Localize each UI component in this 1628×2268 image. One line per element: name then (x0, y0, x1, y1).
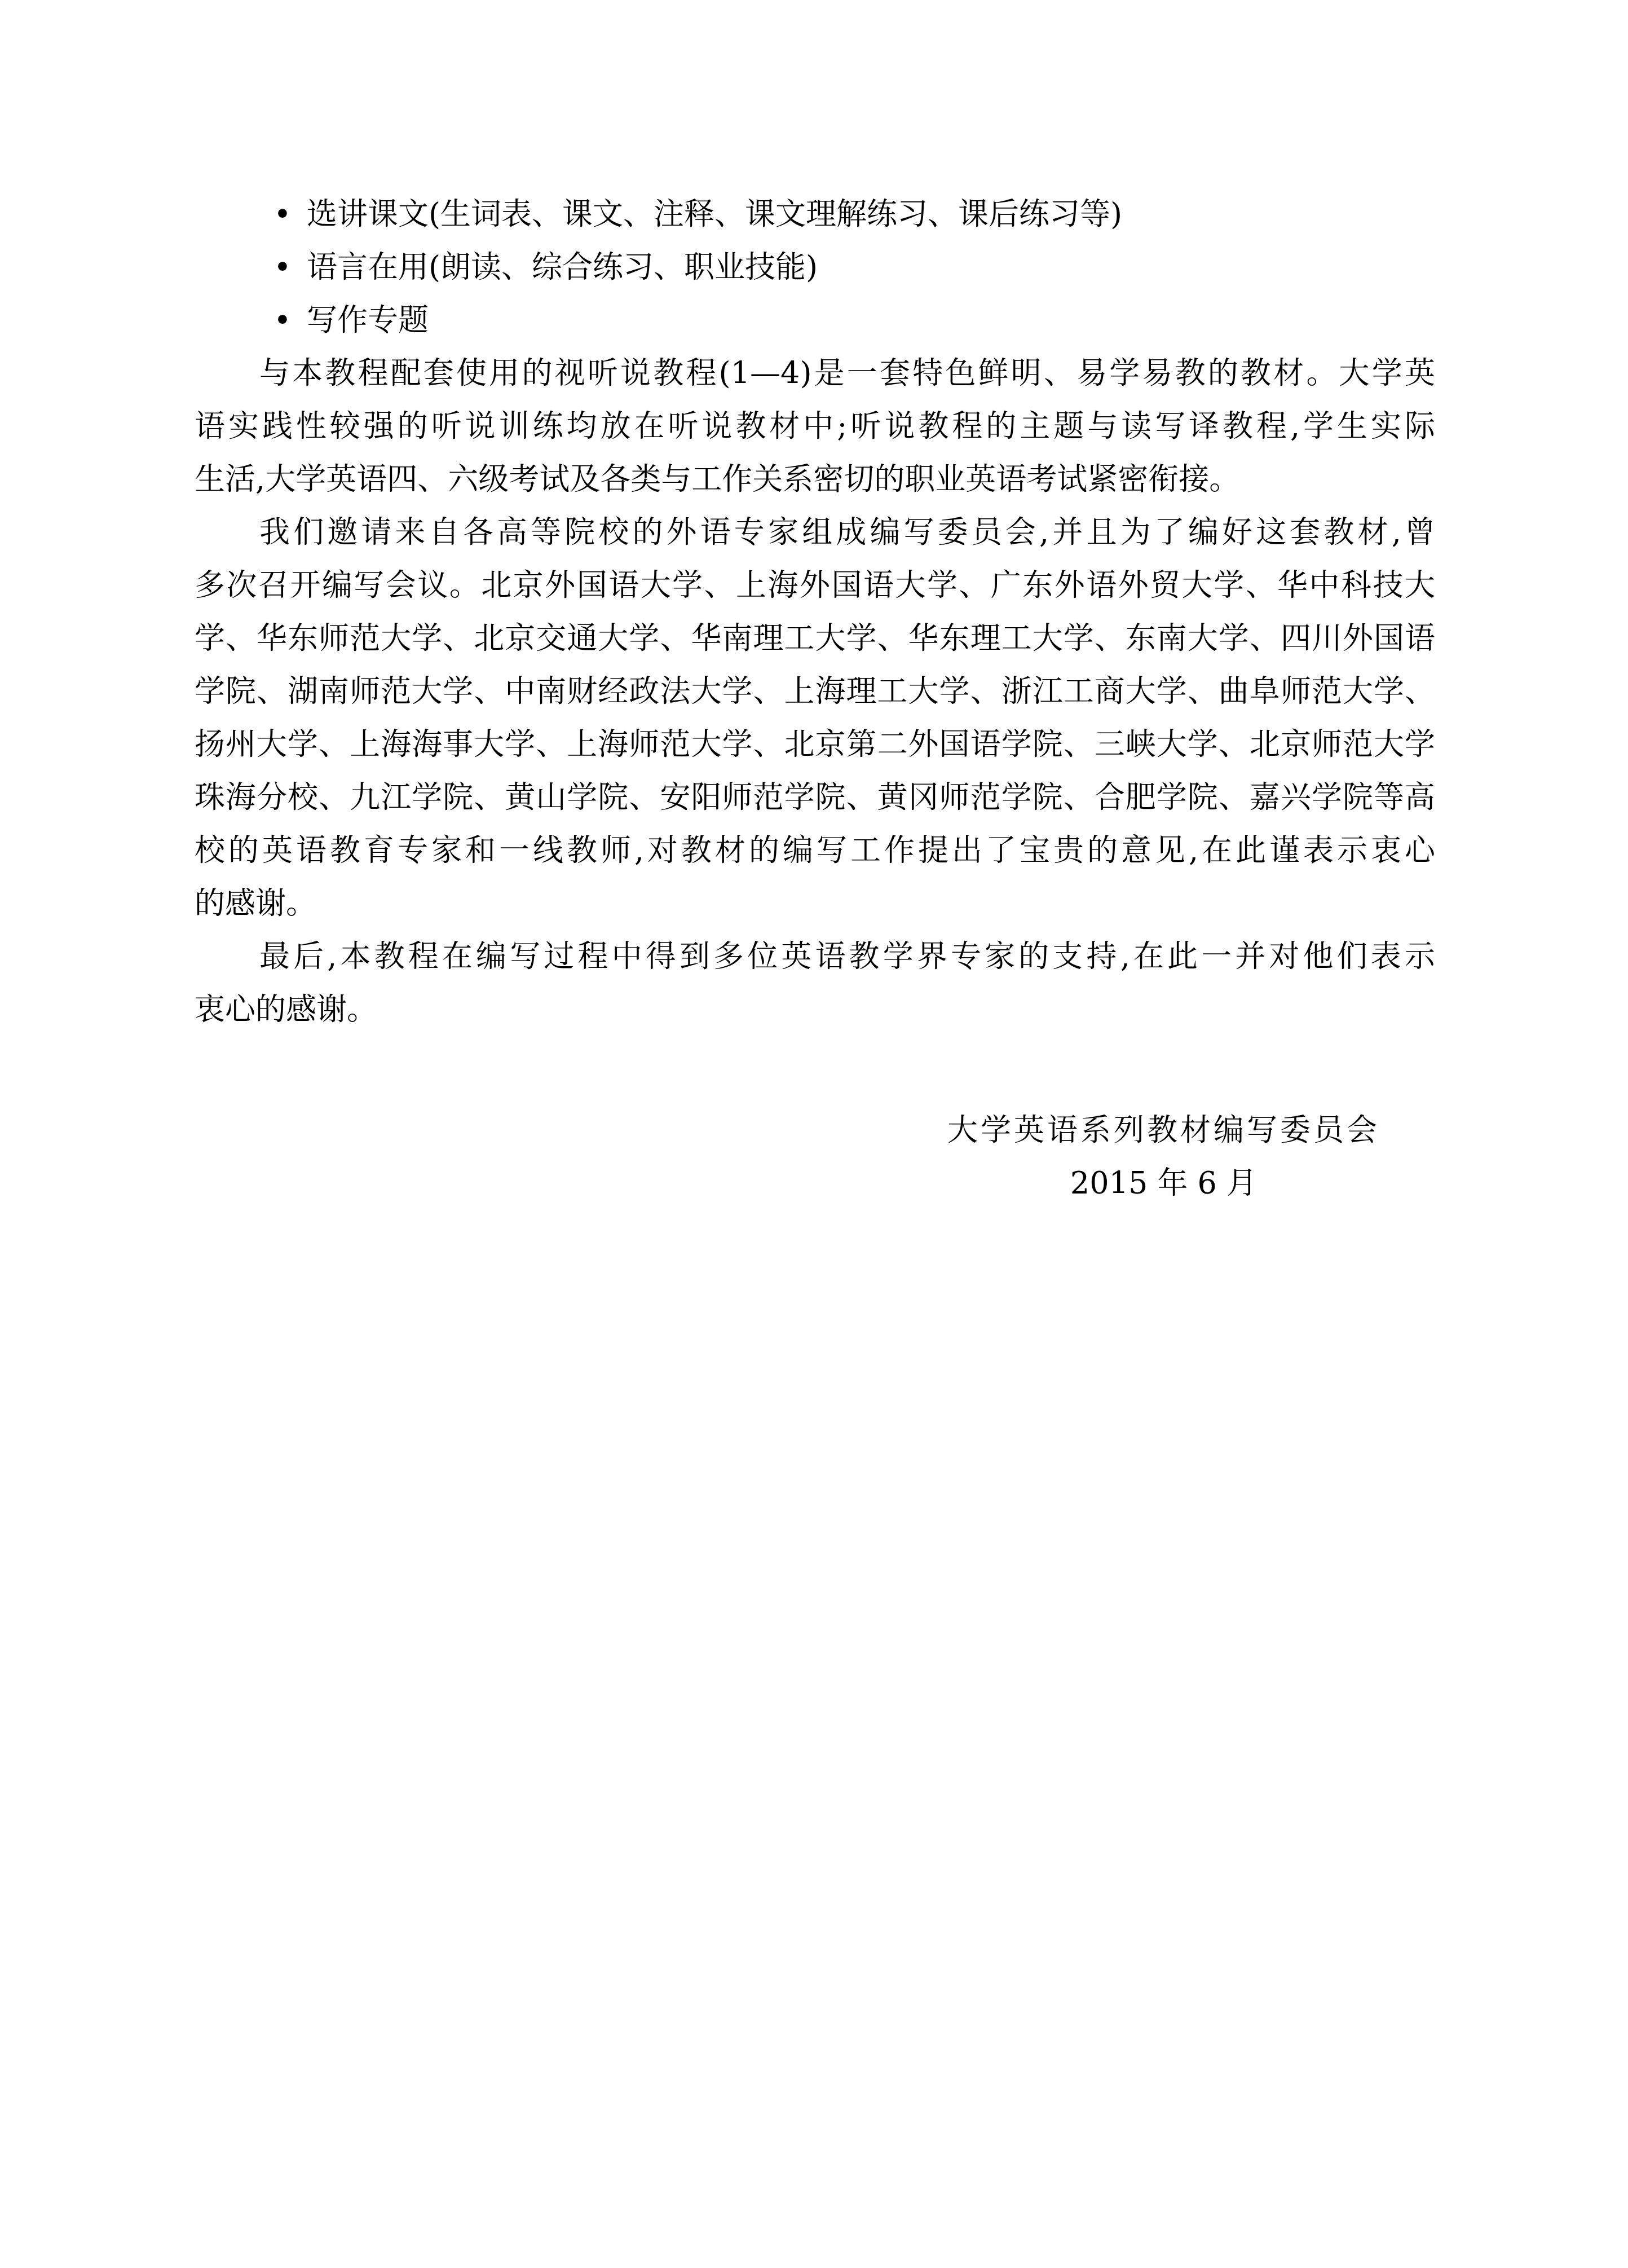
paragraph: 我们邀请来自各高等院校的外语专家组成编写委员会,并且为了编好这套教材,曾 多次召… (195, 506, 1435, 930)
text-line: 我们邀请来自各高等院校的外语专家组成编写委员会,并且为了编好这套教材,曾 (195, 506, 1435, 559)
bullet-text: 语言在用(朗读、综合练习、职业技能) (307, 249, 818, 285)
closing-block: 大学英语系列教材编写委员会 2015 年 6 月 (195, 1104, 1435, 1210)
text-line: 学、华东师范大学、北京交通大学、华南理工大学、华东理工大学、东南大学、四川外国语 (195, 612, 1435, 665)
text-line: 学院、湖南师范大学、中南财经政法大学、上海理工大学、浙江工商大学、曲阜师范大学、 (195, 665, 1435, 718)
text-line: 多次召开编写会议。北京外国语大学、上海外国语大学、广东外语外贸大学、华中科技大 (195, 559, 1435, 612)
bullet-item: • 语言在用(朗读、综合练习、职业技能) (195, 241, 1435, 294)
date: 2015 年 6 月 (947, 1157, 1380, 1210)
text-line: 珠海分校、九江学院、黄山学院、安阳师范学院、黄冈师范学院、合肥学院、嘉兴学院等高 (195, 771, 1435, 824)
preface-page-content: • 选讲课文(生词表、课文、注释、课文理解练习、课后练习等) • 语言在用(朗读… (195, 188, 1435, 1210)
paragraph: 最后,本教程在编写过程中得到多位英语教学界专家的支持,在此一并对他们表示 衷心的… (195, 930, 1435, 1036)
bullet-icon: • (273, 188, 292, 241)
bullet-icon: • (273, 294, 292, 347)
text-line: 语实践性较强的听说训练均放在听说教材中;听说教程的主题与读写译教程,学生实际 (195, 400, 1435, 453)
text-line: 校的英语教育专家和一线教师,对教材的编写工作提出了宝贵的意见,在此谨表示衷心 (195, 824, 1435, 877)
text-line: 生活,大学英语四、六级考试及各类与工作关系密切的职业英语考试紧密衔接。 (195, 453, 1435, 506)
text-line: 衷心的感谢。 (195, 983, 1435, 1036)
bullet-text: 写作专题 (307, 302, 429, 338)
bullet-list: • 选讲课文(生词表、课文、注释、课文理解练习、课后练习等) • 语言在用(朗读… (195, 188, 1435, 347)
text-line: 最后,本教程在编写过程中得到多位英语教学界专家的支持,在此一并对他们表示 (195, 930, 1435, 983)
text-line: 与本教程配套使用的视听说教程(1—4)是一套特色鲜明、易学易教的教材。大学英 (195, 347, 1435, 400)
text-line: 扬州大学、上海海事大学、上海师范大学、北京第二外国语学院、三峡大学、北京师范大学 (195, 718, 1435, 771)
bullet-text: 选讲课文(生词表、课文、注释、课文理解练习、课后练习等) (307, 196, 1122, 232)
text-line: 的感谢。 (195, 877, 1435, 930)
paragraph: 与本教程配套使用的视听说教程(1—4)是一套特色鲜明、易学易教的教材。大学英 语… (195, 347, 1435, 506)
bullet-item: • 选讲课文(生词表、课文、注释、课文理解练习、课后练习等) (195, 188, 1435, 241)
bullet-item: • 写作专题 (195, 294, 1435, 347)
bullet-icon: • (273, 241, 292, 294)
signature: 大学英语系列教材编写委员会 (947, 1104, 1380, 1157)
closing-inner: 大学英语系列教材编写委员会 2015 年 6 月 (947, 1104, 1380, 1210)
page: { "document": { "colors": { "ink": "#000… (0, 0, 1628, 2268)
